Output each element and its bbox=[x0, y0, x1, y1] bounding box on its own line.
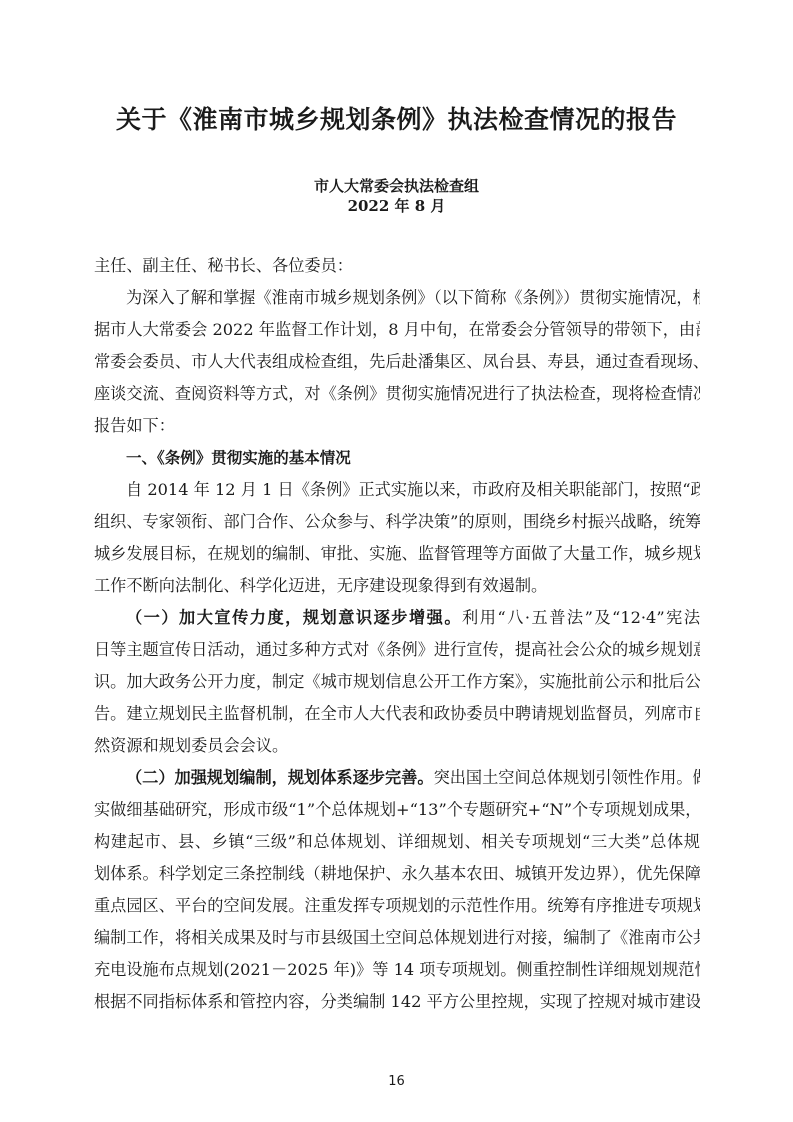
paragraph-line: 报告如下： bbox=[94, 410, 700, 442]
document-author: 市人大常委会执法检查组 bbox=[0, 176, 793, 196]
paragraph-line: 告。建立规划民主监督机制，在全市人大代表和政协委员中聘请规划监督员，列席市自 bbox=[94, 698, 700, 730]
section-heading: 一、《条例》贯彻实施的基本情况 bbox=[94, 442, 700, 474]
paragraph-line: 然资源和规划委员会会议。 bbox=[94, 730, 700, 762]
paragraph-line: 工作不断向法制化、科学化迈进，无序建设现象得到有效遏制。 bbox=[94, 570, 700, 602]
paragraph-line: （一）加大宣传力度，规划意识逐步增强。利用“八·五普法”及“12·4”宪法 bbox=[94, 602, 700, 634]
paragraph-line: 重点园区、平台的空间发展。注重发挥专项规划的示范性作用。统筹有序推进专项规划 bbox=[94, 890, 700, 922]
subsection-heading: （一）加大宣传力度，规划意识逐步增强。 bbox=[126, 608, 462, 627]
paragraph-line: 座谈交流、查阅资料等方式，对《条例》贯彻实施情况进行了执法检查，现将检查情况 bbox=[94, 378, 700, 410]
subsection-heading: （二）加强规划编制，规划体系逐步完善。 bbox=[126, 768, 434, 787]
page-number: 16 bbox=[0, 1074, 793, 1089]
paragraph-line: 编制工作，将相关成果及时与市县级国土空间总体规划进行对接，编制了《淮南市公共 bbox=[94, 922, 700, 954]
salutation: 主任、副主任、秘书长、各位委员： bbox=[94, 250, 700, 282]
document-page: 关于《淮南市城乡规划条例》执法检查情况的报告 市人大常委会执法检查组 2022 … bbox=[0, 0, 793, 1122]
paragraph-line: 为深入了解和掌握《淮南市城乡规划条例》（以下简称《条例》）贯彻实施情况，根 bbox=[94, 282, 700, 314]
paragraph-text: 突出国土空间总体规划引领性作用。做 bbox=[434, 768, 700, 787]
paragraph-line: 根据不同指标体系和管控内容，分类编制 142 平方公里控规，实现了控规对城市建设… bbox=[94, 986, 700, 1018]
paragraph-line: 日等主题宣传日活动，通过多种方式对《条例》进行宣传，提高社会公众的城乡规划意 bbox=[94, 634, 700, 666]
document-body: 主任、副主任、秘书长、各位委员： 为深入了解和掌握《淮南市城乡规划条例》（以下简… bbox=[94, 250, 700, 1018]
paragraph-line: （二）加强规划编制，规划体系逐步完善。突出国土空间总体规划引领性作用。做 bbox=[94, 762, 700, 794]
document-title: 关于《淮南市城乡规划条例》执法检查情况的报告 bbox=[0, 103, 793, 137]
paragraph-line: 划体系。科学划定三条控制线（耕地保护、永久基本农田、城镇开发边界），优先保障 bbox=[94, 858, 700, 890]
paragraph-line: 城乡发展目标，在规划的编制、审批、实施、监督管理等方面做了大量工作，城乡规划 bbox=[94, 538, 700, 570]
paragraph-text: 利用“八·五普法”及“12·4”宪法 bbox=[462, 608, 700, 627]
paragraph-line: 组织、专家领衔、部门合作、公众参与、科学决策”的原则，围绕乡村振兴战略，统筹 bbox=[94, 506, 700, 538]
paragraph-line: 构建起市、县、乡镇“三级”和总体规划、详细规划、相关专项规划“三大类”总体规 bbox=[94, 826, 700, 858]
paragraph-line: 实做细基础研究，形成市级“1”个总体规划+“13”个专题研究+“N”个专项规划成… bbox=[94, 794, 700, 826]
paragraph-line: 自 2014 年 12 月 1 日《条例》正式实施以来，市政府及相关职能部门，按… bbox=[94, 474, 700, 506]
paragraph-line: 据市人大常委会 2022 年监督工作计划，8 月中旬，在常委会分管领导的带领下，… bbox=[94, 314, 700, 346]
paragraph-line: 充电设施布点规划(2021－2025 年)》等 14 项专项规划。侧重控制性详细… bbox=[94, 954, 700, 986]
paragraph-line: 常委会委员、市人大代表组成检查组，先后赴潘集区、凤台县、寿县，通过查看现场、 bbox=[94, 346, 700, 378]
paragraph-line: 识。加大政务公开力度，制定《城市规划信息公开工作方案》，实施批前公示和批后公 bbox=[94, 666, 700, 698]
document-date: 2022 年 8 月 bbox=[0, 196, 793, 216]
